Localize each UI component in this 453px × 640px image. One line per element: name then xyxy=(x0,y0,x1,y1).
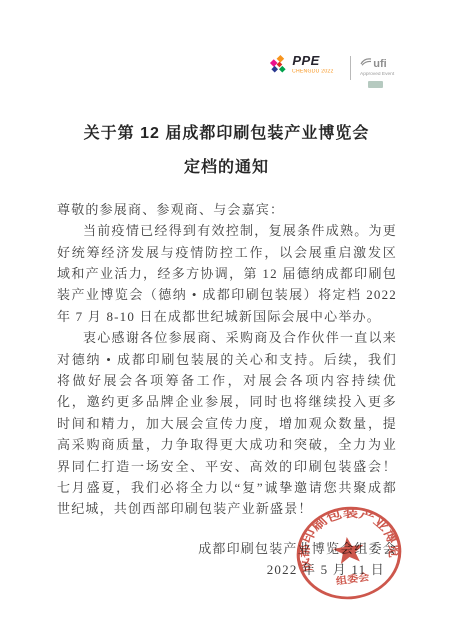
ufi-swoosh-icon xyxy=(360,54,372,70)
notice-title-line1: 关于第 12 届成都印刷包装产业博览会 xyxy=(0,117,453,151)
notice-body: 尊敬的参展商、参观商、与会嘉宾： 当前疫情已经得到有效控制，复展条件成熟。为更好… xyxy=(57,199,397,520)
ufi-logo-text: ufi xyxy=(373,59,386,70)
ufi-logo: ufi Approved Event xyxy=(360,54,403,88)
signature-block: 成都印刷包装产业博览会组委会 2022 年 5 月 11 日 xyxy=(0,538,397,581)
ufi-approved-badge xyxy=(368,81,383,88)
salutation: 尊敬的参展商、参观商、与会嘉宾： xyxy=(57,199,397,220)
paragraph-2: 衷心感谢各位参展商、采购商及合作伙伴一直以来对德纳 • 成都印刷包装展的关心和支… xyxy=(57,327,397,520)
signature-org: 成都印刷包装产业博览会组委会 xyxy=(0,538,397,559)
ppe-pinwheel-icon xyxy=(269,54,288,78)
ufi-logo-subtext: Approved Event xyxy=(360,72,394,78)
logo-divider xyxy=(350,56,351,80)
paragraph-1: 当前疫情已经得到有效控制，复展条件成熟。为更好统筹经济发展与疫情防控工作，以会展… xyxy=(57,220,397,327)
notice-document: PPE CHENGDU 2022 ufi Approved Event 关于第 … xyxy=(0,0,453,640)
ppe-logo-subtext: CHENGDU 2022 xyxy=(292,69,334,74)
signature-date: 2022 年 5 月 11 日 xyxy=(0,559,397,580)
notice-title: 关于第 12 届成都印刷包装产业博览会 定档的通知 xyxy=(0,11,453,185)
ppe-logo: PPE CHENGDU 2022 xyxy=(269,54,341,78)
notice-title-line2: 定档的通知 xyxy=(0,151,453,185)
ppe-logo-text: PPE xyxy=(292,54,341,67)
logo-row: PPE CHENGDU 2022 ufi Approved Event xyxy=(269,54,403,88)
